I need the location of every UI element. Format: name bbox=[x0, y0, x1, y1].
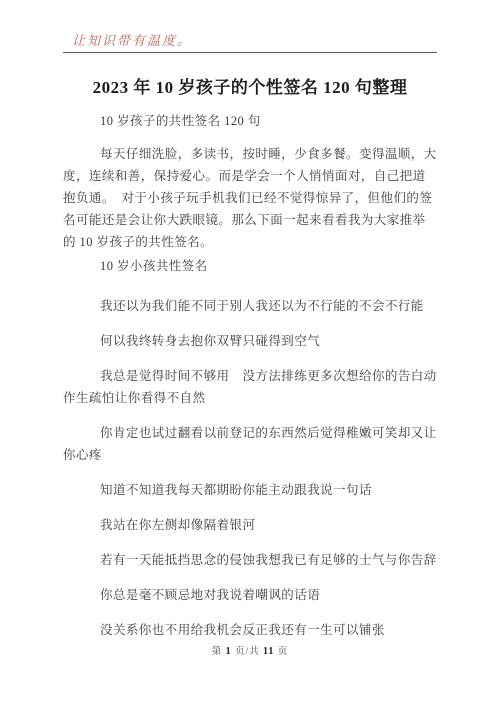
footer-prefix: 第 bbox=[212, 647, 226, 657]
document-subtitle: 10 岁孩子的共性签名 120 句 bbox=[63, 110, 437, 132]
signature-line: 我总是觉得时间不够用 没方法排练更多次想给你的告白动作生疏怕让你看得不自然 bbox=[63, 365, 437, 409]
document-title: 2023 年 10 岁孩子的个性签名 120 句整理 bbox=[63, 77, 437, 99]
intro-paragraph: 每天仔细洗脸，多读书，按时睡，少食多餐。变得温顺，大度，连续和善，保持爱心。而是… bbox=[63, 143, 437, 253]
total-page-count: 11 bbox=[263, 646, 274, 657]
signature-line: 我站在你左侧却像隔着银河 bbox=[63, 514, 437, 536]
signature-line: 知道不知道我每天都期盼你能主动跟我说一句话 bbox=[63, 479, 437, 501]
footer-separator: 页/共 bbox=[232, 647, 263, 657]
document-page: 让知识带有温度。 2023 年 10 岁孩子的个性签名 120 句整理 10 岁… bbox=[0, 0, 500, 707]
signature-line: 你总是毫不顾忌地对我说着嘲讽的话语 bbox=[63, 584, 437, 606]
signature-line: 若有一天能抵挡思念的侵蚀我想我已有足够的士气与你告辞 bbox=[63, 549, 437, 571]
header-slogan: 让知识带有温度。 bbox=[63, 33, 437, 49]
footer-suffix: 页 bbox=[274, 647, 288, 657]
page-header: 让知识带有温度。 bbox=[63, 33, 437, 53]
signature-line: 没关系你也不用给我机会反正我还有一生可以铺张 bbox=[63, 619, 437, 641]
signature-line: 我还以为我们能不同于别人我还以为不行能的不会不行能 bbox=[63, 295, 437, 317]
header-divider bbox=[63, 52, 437, 53]
signature-line: 你肯定也试过翻看以前登记的东西然后觉得稚嫩可笑却又让你心疼 bbox=[63, 422, 437, 466]
section-heading: 10 岁小孩共性签名 bbox=[63, 255, 437, 277]
page-footer: 第 1 页/共 11 页 bbox=[63, 645, 437, 659]
signature-line: 何以我终转身去抱你双臂只碰得到空气 bbox=[63, 330, 437, 352]
